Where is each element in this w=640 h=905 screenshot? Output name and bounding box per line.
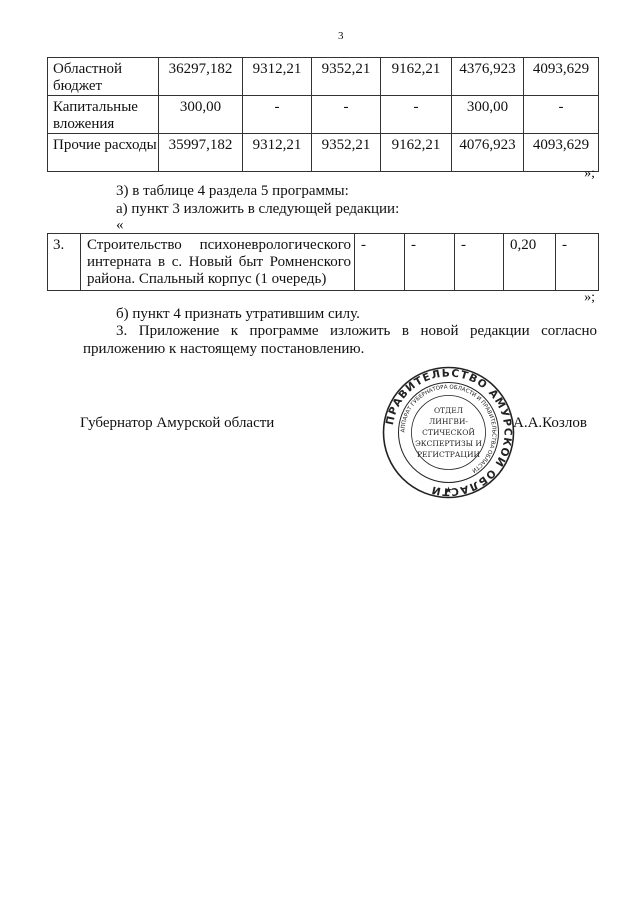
signature-position: Губернатор Амурской области [80,414,274,433]
table-row: Капитальные вложения 300,00 - - - 300,00… [48,96,599,134]
description-line: района. Спальный корпус (1 очередь) [87,271,351,288]
cell: 9162,21 [381,134,452,172]
table-row: Областной бюджет 36297,182 9312,21 9352,… [48,58,599,96]
cell: - [243,96,312,134]
official-stamp: ПРАВИТЕЛЬСТВО АМУРСКОЙ ОБЛАСТИ АППАРАТ Г… [381,365,516,500]
cell: 4093,629 [524,58,599,96]
stamp-center-line: ОТДЕЛ [434,406,463,415]
signature-name: А.А.Козлов [513,414,587,433]
cell: - [381,96,452,134]
cell: 300,00 [159,96,243,134]
closing-quote: »; [584,166,595,182]
row-label: Областной бюджет [48,58,159,96]
cell: - [312,96,381,134]
cell: 36297,182 [159,58,243,96]
cell: 9352,21 [312,134,381,172]
amendment-table: 3. Строительство психоневрологического и… [47,233,599,291]
table-row: Прочие расходы 35997,182 9312,21 9352,21… [48,134,599,172]
description-line: интерната в с. Новый быт Ромненского [87,254,351,271]
budget-table: Областной бюджет 36297,182 9312,21 9352,… [47,57,599,172]
cell: 9312,21 [243,134,312,172]
page-number: 3 [338,30,344,42]
paragraph-a: а) пункт 3 изложить в следующей редакции… [116,200,399,219]
cell: - [405,234,455,291]
cell: 35997,182 [159,134,243,172]
cell: 4076,923 [452,134,524,172]
stamp-center-line: РЕГИСТРАЦИИ [417,450,481,459]
stamp-star-icon: ★ [444,485,452,495]
item-number: 3. [48,234,81,291]
cell: 0,20 [504,234,556,291]
description-line: Строительство психоневрологического [87,237,351,254]
paragraph-item3-line1: 3. Приложение к программе изложить в нов… [116,322,597,341]
cell: 9312,21 [243,58,312,96]
row-label: Прочие расходы [48,134,159,172]
stamp-center-line: ЭКСПЕРТИЗЫ И [415,439,482,448]
stamp-center-line: СТИЧЕСКОЙ [422,428,475,437]
paragraph-item3-line2: приложению к настоящему постановлению. [83,340,364,359]
item-description: Строительство психоневрологического инте… [81,234,355,291]
table-row: 3. Строительство психоневрологического и… [48,234,599,291]
cell: - [524,96,599,134]
stamp-center-line: ЛИНГВИ- [429,417,468,426]
cell: - [455,234,504,291]
stamp-seal-icon: ПРАВИТЕЛЬСТВО АМУРСКОЙ ОБЛАСТИ АППАРАТ Г… [381,365,516,500]
cell: 4376,923 [452,58,524,96]
paragraph-3: 3) в таблице 4 раздела 5 программы: [116,182,349,201]
cell: - [355,234,405,291]
cell: 9352,21 [312,58,381,96]
cell: 9162,21 [381,58,452,96]
cell: - [556,234,599,291]
closing-quote: »; [584,290,595,306]
cell: 300,00 [452,96,524,134]
row-label: Капитальные вложения [48,96,159,134]
